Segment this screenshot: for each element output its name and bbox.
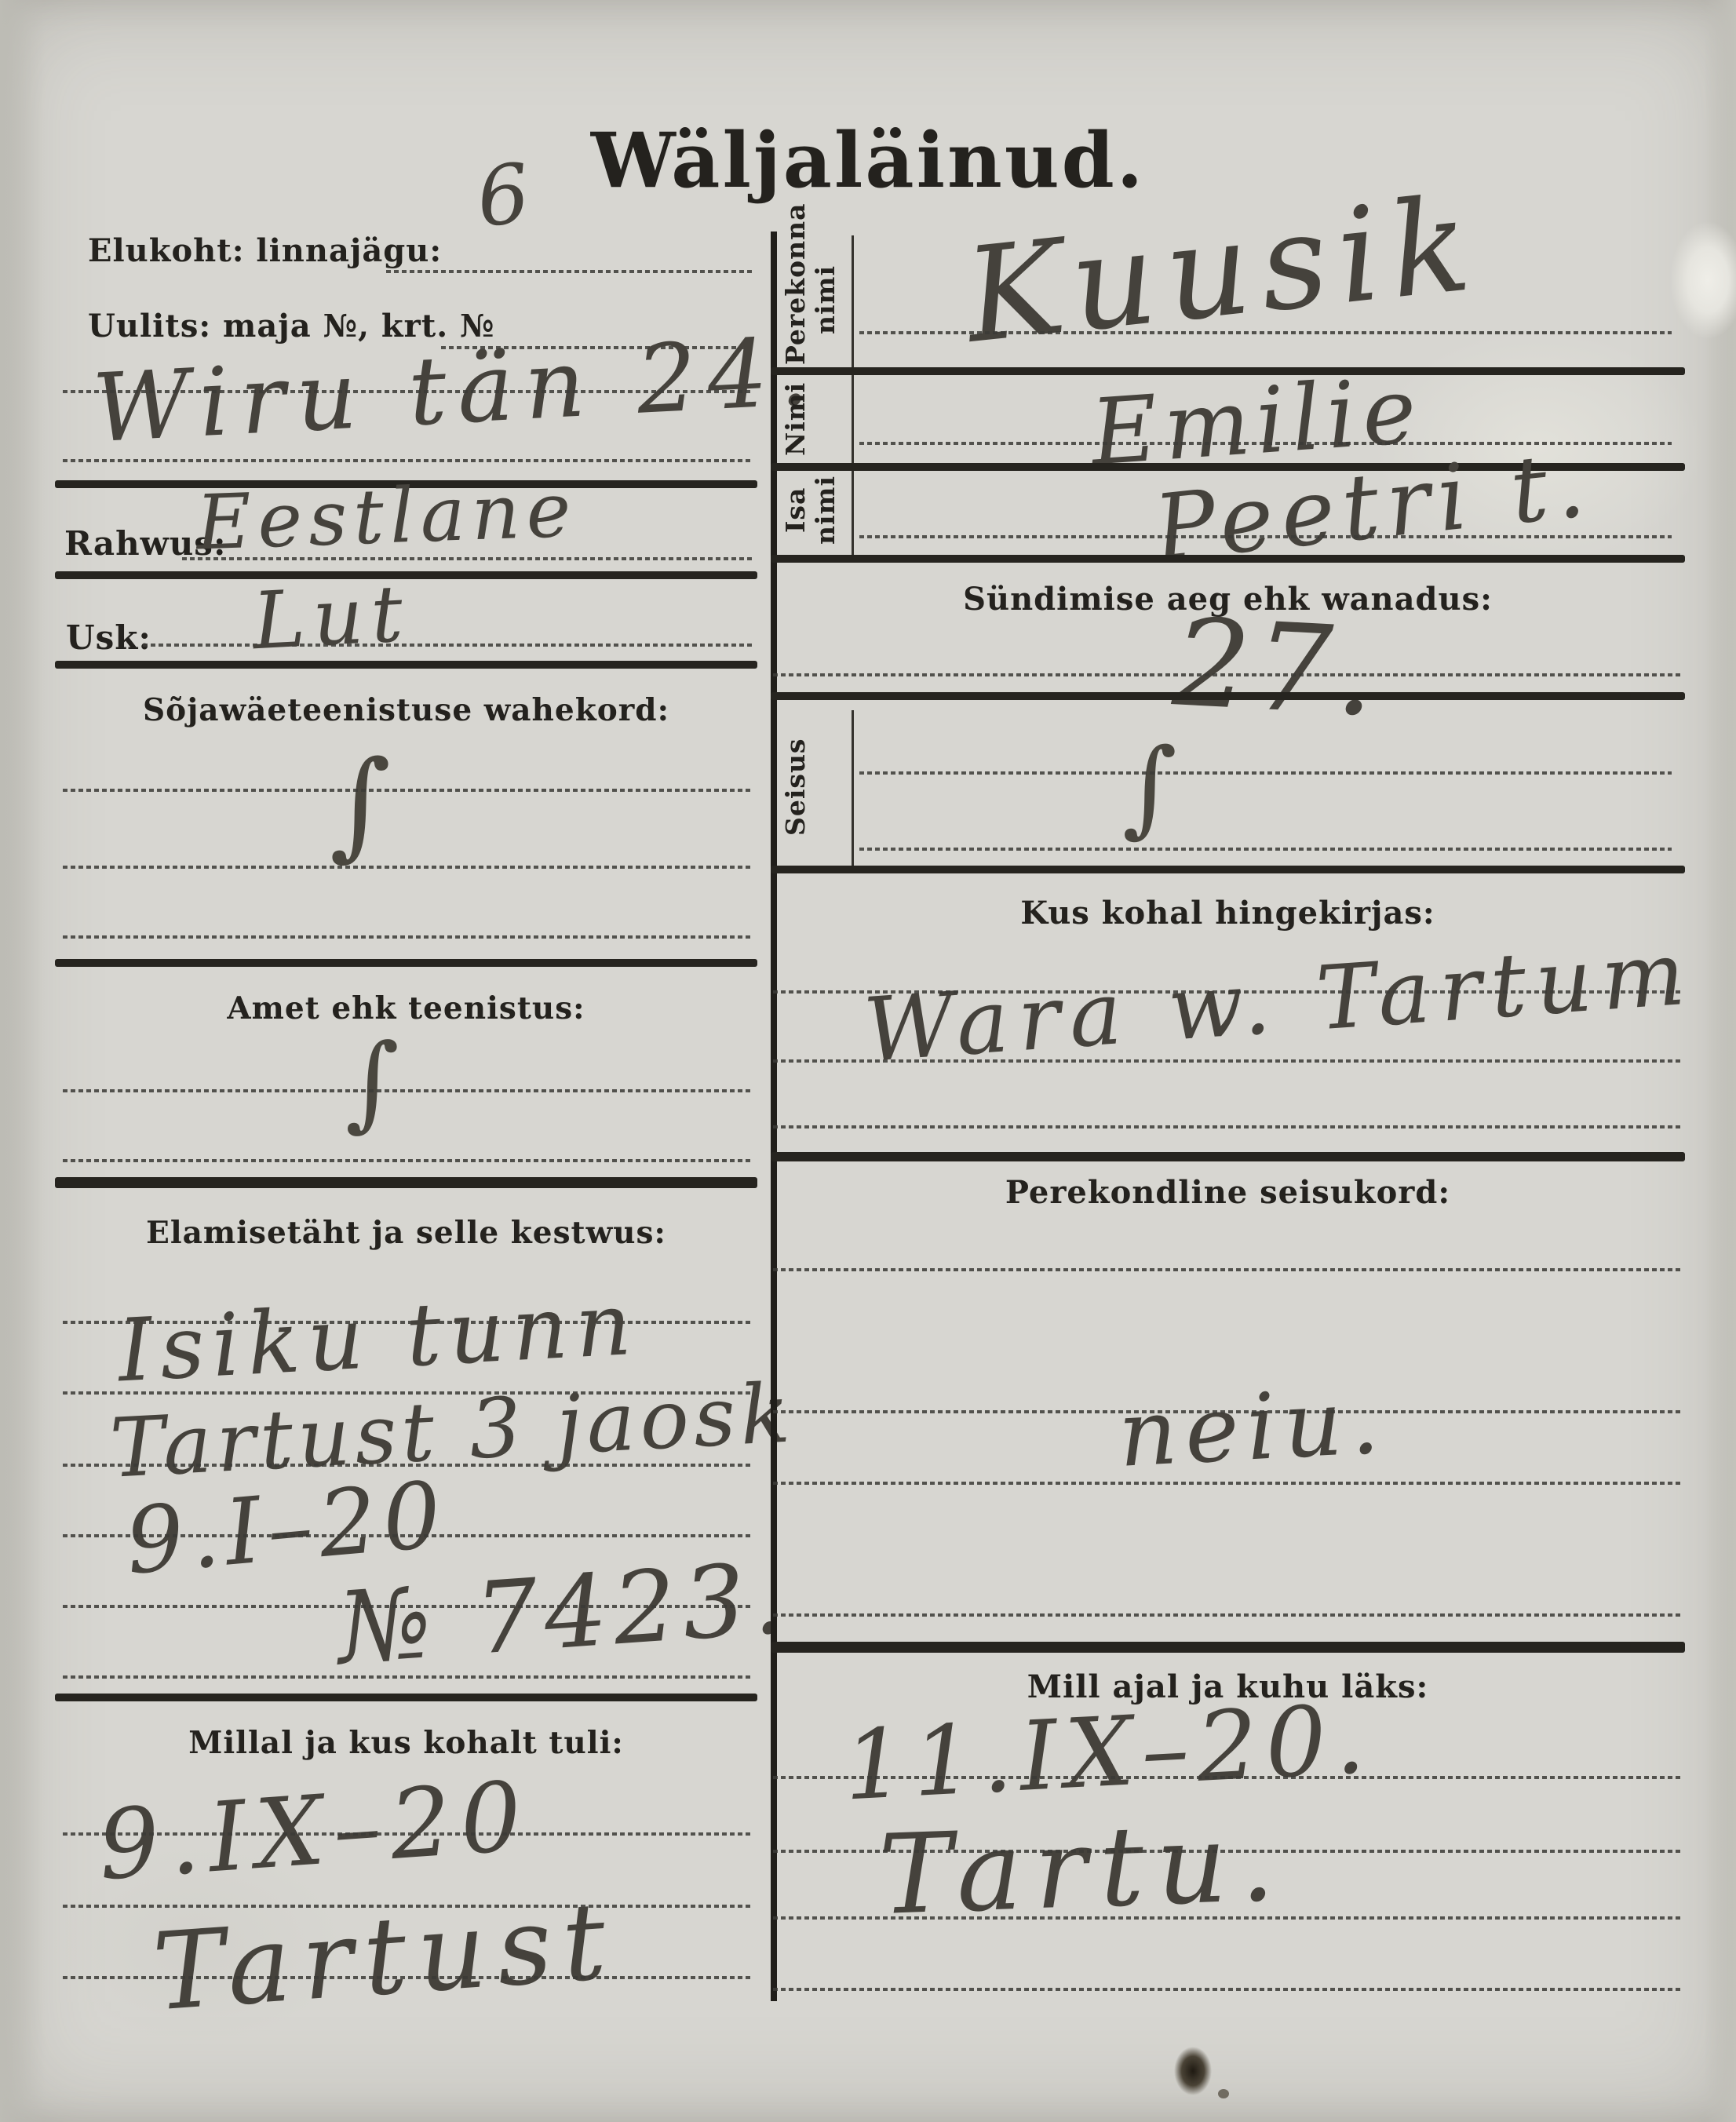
section-rule (55, 661, 757, 669)
dotted-line (63, 1089, 753, 1092)
dotted-line (859, 331, 1672, 334)
dotted-line (63, 1976, 753, 1979)
dotted-line (63, 1675, 753, 1679)
dotted-line (773, 1125, 1683, 1128)
dotted-line (859, 848, 1672, 851)
section-rule (55, 959, 757, 967)
ditto-mark: ∫ (330, 736, 391, 873)
ditto-mark: ∫ (1122, 726, 1177, 848)
dotted-line (63, 459, 753, 462)
dotted-line (63, 866, 753, 869)
field-label-millal: Millal ja kus kohalt tuli: (55, 1725, 757, 1761)
dotted-line (859, 535, 1672, 538)
document-page: Wäljaläinud. 6 Elukoht: linnajägu: Uulit… (0, 0, 1736, 2122)
vertical-label-seisus: Seisus (781, 710, 850, 863)
dotted-line (773, 1988, 1683, 1991)
vertical-label-perekonna-nimi: Perekonna nimi (781, 235, 850, 365)
form-title: Wäljaläinud. (476, 116, 1260, 205)
inner-divider (852, 235, 854, 555)
section-rule (771, 1152, 1685, 1161)
dotted-line (773, 1482, 1683, 1485)
ink-blot (1174, 2047, 1212, 2095)
dotted-line (773, 1059, 1683, 1063)
field-label-usk: Usk: (66, 618, 151, 657)
section-rule (771, 692, 1685, 700)
field-value-perekondline: neiu. (1116, 1368, 1390, 1488)
section-rule (55, 1177, 757, 1188)
dotted-line (63, 390, 753, 393)
ink-blot (1218, 2089, 1229, 2098)
field-label-sojawae: Sõjawäeteenistuse wahekord: (55, 692, 757, 728)
dotted-line (63, 1605, 753, 1608)
section-rule (55, 1694, 757, 1701)
field-value-sundimise: 27. (1169, 592, 1383, 744)
field-label-amet: Amet ehk teenistus: (55, 990, 757, 1026)
dotted-line (386, 270, 753, 273)
field-label-perekondline: Perekondline seisukord: (771, 1174, 1685, 1211)
column-divider (771, 232, 777, 2001)
section-rule (771, 555, 1685, 563)
handwritten-number: 6 (472, 145, 534, 246)
dotted-line (63, 789, 753, 792)
field-value-rahwus: Eestlane (195, 466, 578, 567)
section-rule (771, 1642, 1685, 1653)
torn-notch (1670, 221, 1736, 339)
ditto-mark: ∫ (345, 1022, 399, 1143)
dotted-line (773, 1613, 1683, 1617)
field-label-hingekirjas: Kus kohal hingekirjas: (771, 895, 1685, 932)
field-value-usk: Lut (250, 567, 413, 667)
dotted-line (63, 935, 753, 939)
dotted-line (859, 771, 1672, 775)
dotted-line (773, 1776, 1683, 1779)
dotted-line (773, 1410, 1683, 1413)
dotted-line (773, 1850, 1683, 1853)
inner-divider (852, 710, 854, 866)
field-value-hingekirjas: Wara w. Tartum (861, 922, 1698, 1082)
dotted-line (63, 1832, 753, 1836)
torn-left-edge (0, 0, 46, 2122)
dotted-line (63, 1159, 753, 1162)
vertical-label-nimi: Nimi (781, 378, 850, 460)
vertical-label-isa-nimi: Isa nimi (781, 469, 850, 551)
dotted-line (63, 1534, 753, 1537)
field-value-millal-line: 9.IX–20 (95, 1760, 534, 1901)
dotted-line (773, 673, 1683, 676)
dotted-line (773, 1268, 1683, 1271)
field-label-elamisetaht: Elamisetäht ja selle kestwus: (55, 1215, 757, 1251)
section-rule (771, 866, 1685, 873)
dotted-line (773, 990, 1683, 994)
dotted-line (143, 644, 753, 647)
dotted-line (773, 1916, 1683, 1920)
field-label-elukoht: Elukoht: linnajägu: (88, 232, 442, 269)
